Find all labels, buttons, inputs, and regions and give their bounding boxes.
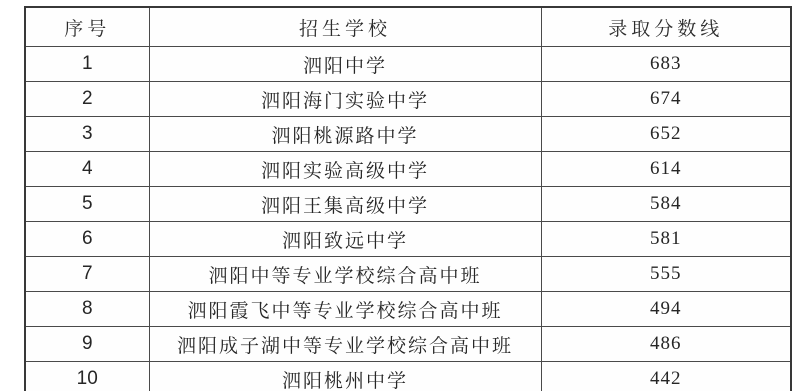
column-header-serial: 序号 — [25, 7, 149, 47]
cell-serial: 5 — [25, 187, 149, 222]
table-row: 3 泗阳桃源路中学 652 — [25, 117, 791, 152]
cell-school: 泗阳王集高级中学 — [149, 187, 541, 222]
cell-score: 581 — [541, 222, 791, 257]
cell-school: 泗阳霞飞中等专业学校综合高中班 — [149, 292, 541, 327]
cell-school: 泗阳桃州中学 — [149, 362, 541, 391]
table-body: 1 泗阳中学 683 2 泗阳海门实验中学 674 3 泗阳桃源路中学 652 … — [25, 47, 791, 391]
table-row: 7 泗阳中等专业学校综合高中班 555 — [25, 257, 791, 292]
cell-score: 683 — [541, 47, 791, 82]
cell-score: 486 — [541, 327, 791, 362]
table-row: 10 泗阳桃州中学 442 — [25, 362, 791, 391]
cell-score: 652 — [541, 117, 791, 152]
cell-score: 584 — [541, 187, 791, 222]
cell-school: 泗阳海门实验中学 — [149, 82, 541, 117]
cell-serial: 2 — [25, 82, 149, 117]
header-row: 序号 招生学校 录取分数线 — [25, 7, 791, 47]
cell-serial: 7 — [25, 257, 149, 292]
cell-serial: 3 — [25, 117, 149, 152]
cell-school: 泗阳桃源路中学 — [149, 117, 541, 152]
cell-serial: 1 — [25, 47, 149, 82]
cell-school: 泗阳实验高级中学 — [149, 152, 541, 187]
table-row: 4 泗阳实验高级中学 614 — [25, 152, 791, 187]
table-row: 1 泗阳中学 683 — [25, 47, 791, 82]
cell-school: 泗阳致远中学 — [149, 222, 541, 257]
cell-serial: 9 — [25, 327, 149, 362]
table-row: 2 泗阳海门实验中学 674 — [25, 82, 791, 117]
cell-score: 442 — [541, 362, 791, 391]
admission-score-table: 序号 招生学校 录取分数线 1 泗阳中学 683 2 泗阳海门实验中学 674 … — [24, 6, 792, 391]
cell-serial: 10 — [25, 362, 149, 391]
cell-score: 555 — [541, 257, 791, 292]
cell-serial: 6 — [25, 222, 149, 257]
cell-school: 泗阳中学 — [149, 47, 541, 82]
cell-score: 494 — [541, 292, 791, 327]
table-row: 8 泗阳霞飞中等专业学校综合高中班 494 — [25, 292, 791, 327]
cell-serial: 4 — [25, 152, 149, 187]
column-header-score: 录取分数线 — [541, 7, 791, 47]
cell-school: 泗阳成子湖中等专业学校综合高中班 — [149, 327, 541, 362]
table-row: 5 泗阳王集高级中学 584 — [25, 187, 791, 222]
column-header-school: 招生学校 — [149, 7, 541, 47]
cell-score: 674 — [541, 82, 791, 117]
table-row: 9 泗阳成子湖中等专业学校综合高中班 486 — [25, 327, 791, 362]
cell-serial: 8 — [25, 292, 149, 327]
table-header: 序号 招生学校 录取分数线 — [25, 7, 791, 47]
cell-school: 泗阳中等专业学校综合高中班 — [149, 257, 541, 292]
table-row: 6 泗阳致远中学 581 — [25, 222, 791, 257]
cell-score: 614 — [541, 152, 791, 187]
